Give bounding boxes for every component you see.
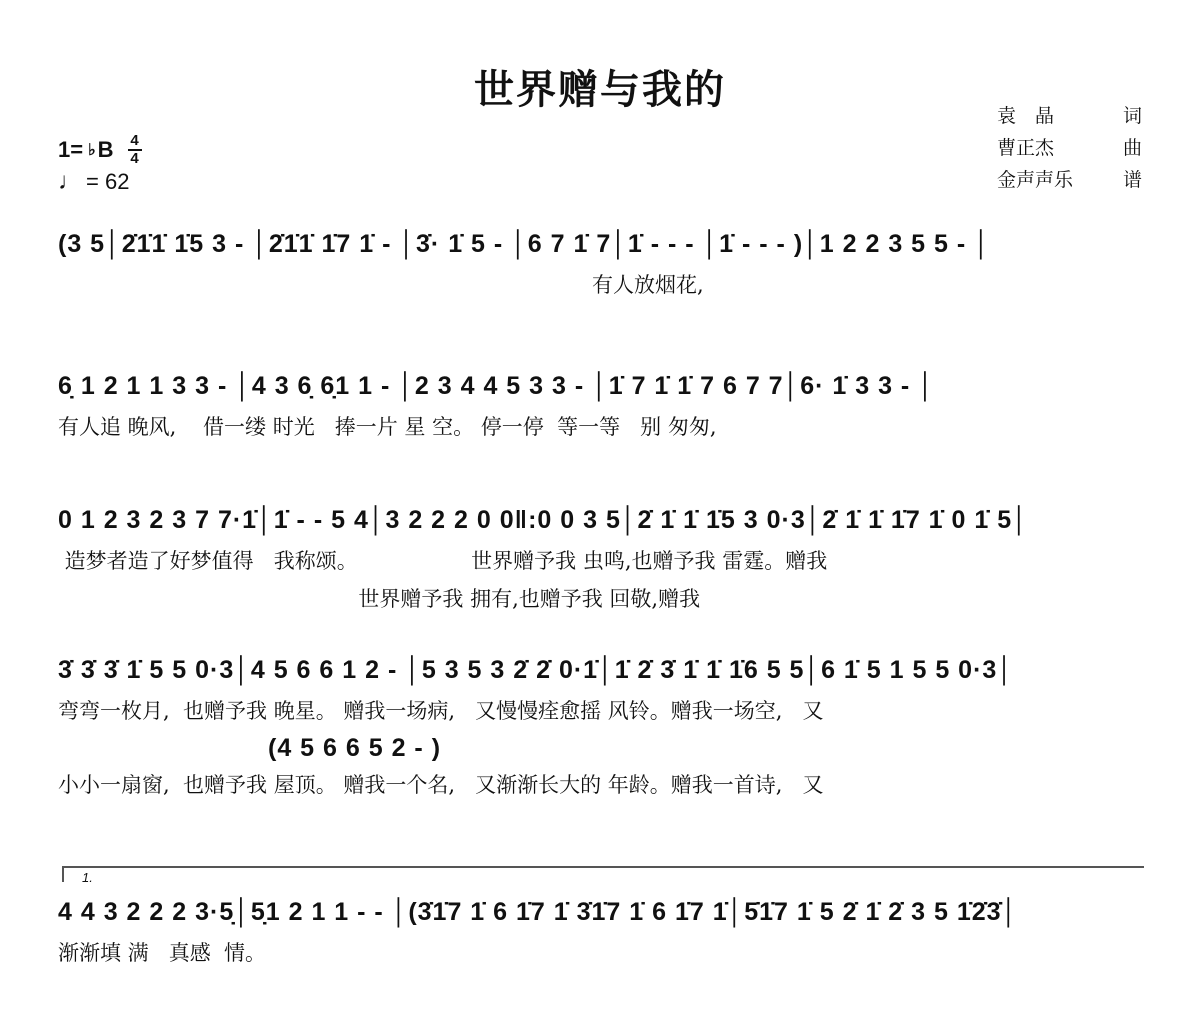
lyric-line: 渐渐填 满 真感 情。 bbox=[58, 934, 1144, 972]
score-system-4: 3̇ 3̇ 3̇ 1̇ 5 5 0·3│4 5 6 6 1 2 - │5 3 5… bbox=[58, 648, 1144, 804]
time-signature: 4 4 bbox=[128, 134, 142, 166]
quarter-note-icon: ♩ bbox=[58, 168, 82, 196]
score-system-5: 4 4 3 2 2 2 3·5̣│5̣1 2 1 1 - - │(3̇1̇7 1… bbox=[58, 890, 1144, 972]
credit-composer: 曹正杰 曲 bbox=[997, 132, 1142, 164]
credit-name: 金声声乐 bbox=[997, 164, 1073, 196]
notation-line: 4 4 3 2 2 2 3·5̣│5̣1 2 1 1 - - │(3̇1̇7 1… bbox=[58, 890, 1144, 934]
credits-block: 袁 晶 词 曹正杰 曲 金声声乐 谱 bbox=[997, 100, 1142, 196]
lyric-line-verse-1: 弯弯一枚月, 也赠予我 晚星。 赠我一场病, 又慢慢痊愈摇 风铃。赠我一场空, … bbox=[58, 692, 1144, 730]
key-note: B bbox=[98, 137, 114, 163]
score-system-3: 0 1 2 3 2 3 7 7·1̇│1̇ - - 5 4│3 2 2 2 0 … bbox=[58, 498, 1144, 618]
notation-line: (3 5│2̇1̇1̇ 1̇5 3 - │2̇1̇1̇ 1̇7 1̇ - │3̇… bbox=[58, 222, 1144, 266]
volta-label: 1. bbox=[82, 870, 93, 885]
tempo-value: = 62 bbox=[86, 169, 129, 195]
notation-line: 6̣ 1 2 1 1 3 3 - │4 3 6̣ 6̣1 1 - │2 3 4 … bbox=[58, 364, 1144, 408]
credit-role: 曲 bbox=[1123, 132, 1142, 164]
credit-lyricist: 袁 晶 词 bbox=[997, 100, 1142, 132]
tempo-marking: ♩ = 62 bbox=[58, 168, 142, 196]
credit-role: 谱 bbox=[1123, 164, 1142, 196]
notation-line: 0 1 2 3 2 3 7 7·1̇│1̇ - - 5 4│3 2 2 2 0 … bbox=[58, 498, 1144, 542]
lyric-line-verse-2: 小小一扇窗, 也赠予我 屋顶。 赠我一个名, 又渐渐长大的 年龄。赠我一首诗, … bbox=[58, 766, 1144, 804]
flat-icon: ♭ bbox=[88, 140, 96, 160]
credit-name: 袁 晶 bbox=[997, 100, 1054, 132]
interlude-notation: (4 5 6 6 5 2 - ) bbox=[58, 730, 1144, 766]
volta-bracket: 1. bbox=[62, 866, 1144, 882]
key-signature: 1= ♭ B 4 4 bbox=[58, 134, 142, 166]
time-sig-top: 4 bbox=[128, 134, 142, 148]
time-sig-bottom: 4 bbox=[128, 152, 142, 166]
credit-name: 曹正杰 bbox=[997, 132, 1054, 164]
credit-transcriber: 金声声乐 谱 bbox=[997, 164, 1142, 196]
lyric-line: 有人放烟花, bbox=[58, 266, 1144, 304]
score-system-1: (3 5│2̇1̇1̇ 1̇5 3 - │2̇1̇1̇ 1̇7 1̇ - │3̇… bbox=[58, 222, 1144, 304]
notation-line: 3̇ 3̇ 3̇ 1̇ 5 5 0·3│4 5 6 6 1 2 - │5 3 5… bbox=[58, 648, 1144, 692]
credit-role: 词 bbox=[1123, 100, 1142, 132]
score-meta: 1= ♭ B 4 4 ♩ = 62 bbox=[58, 134, 142, 196]
lyric-line-verse-1: 造梦者造了好梦值得 我称颂。 世界赠予我 虫鸣,也赠予我 雷霆。赠我 bbox=[58, 542, 1144, 580]
lyric-line: 有人追 晚风, 借一缕 时光 捧一片 星 空。 停一停 等一等 别 匆匆, bbox=[58, 408, 1144, 446]
key-label: 1= bbox=[58, 137, 83, 163]
lyric-line-verse-2: 世界赠予我 拥有,也赠予我 回敬,赠我 bbox=[58, 580, 1144, 618]
score-system-2: 6̣ 1 2 1 1 3 3 - │4 3 6̣ 6̣1 1 - │2 3 4 … bbox=[58, 364, 1144, 446]
